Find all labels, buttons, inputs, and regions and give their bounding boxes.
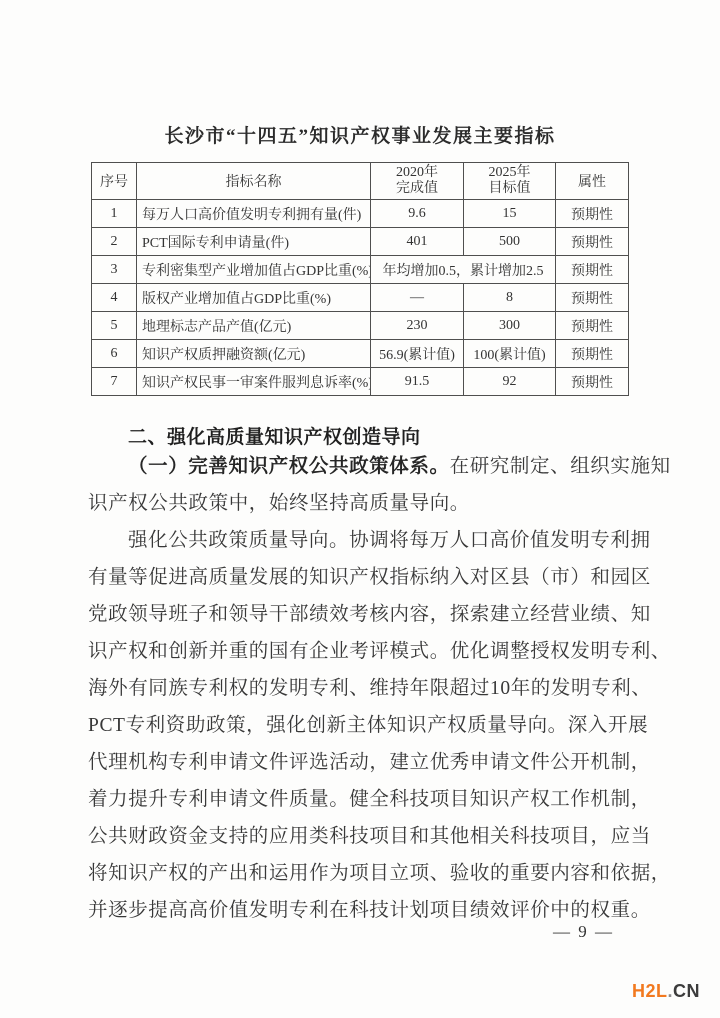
- cell-2025: 8: [464, 284, 556, 312]
- cell-no: 7: [92, 368, 137, 396]
- cell-2020: 9.6: [371, 200, 464, 228]
- header-2020: 2020年 完成值: [371, 163, 464, 200]
- cell-no: 6: [92, 340, 137, 368]
- cell-indicator: 知识产权民事一审案件服判息诉率(%): [137, 368, 371, 396]
- header-2025: 2025年 目标值: [464, 163, 556, 200]
- cell-indicator: 版权产业增加值占GDP比重(%): [137, 284, 371, 312]
- paragraph-line: 海外有同族专利权的发明专利、维持年限超过10年的发明专利、: [88, 670, 632, 707]
- cell-no: 3: [92, 256, 137, 284]
- cell-2020: 56.9(累计值): [371, 340, 464, 368]
- paragraph-line: 识产权和创新并重的国有企业考评模式。优化调整授权发明专利、: [88, 633, 632, 670]
- paragraph-line: 着力提升专利申请文件质量。健全科技项目知识产权工作机制，: [88, 781, 632, 818]
- paragraph-line: 将知识产权的产出和运用作为项目立项、验收的重要内容和依据，: [88, 855, 632, 892]
- header-attribute: 属性: [556, 163, 629, 200]
- paragraph-line: 有量等促进高质量发展的知识产权指标纳入对区县（市）和园区: [88, 559, 632, 596]
- cell-2020: 230: [371, 312, 464, 340]
- cell-no: 1: [92, 200, 137, 228]
- table-row: 3 专利密集型产业增加值占GDP比重(%) 年均增加0.5，累计增加2.5 预期…: [92, 256, 629, 284]
- header-2020-line2: 完成值: [373, 181, 461, 197]
- paragraph-line: 强化公共政策质量导向。协调将每万人口高价值发明专利拥: [88, 522, 632, 559]
- cell-indicator: 专利密集型产业增加值占GDP比重(%): [137, 256, 371, 284]
- cell-2025: 92: [464, 368, 556, 396]
- section-heading: 二、强化高质量知识产权创造导向: [128, 422, 421, 449]
- paragraph-line: 识产权公共政策中，始终坚持高质量导向。: [88, 485, 632, 522]
- watermark-logo: H2L.CN: [632, 981, 700, 1002]
- cell-indicator: 知识产权质押融资额(亿元): [137, 340, 371, 368]
- paragraph-line: （一）完善知识产权公共政策体系。在研究制定、组织实施知: [88, 448, 632, 485]
- document-page: 长沙市“十四五”知识产权事业发展主要指标 序号 指标名称 2020年 完成值 2…: [0, 0, 720, 1018]
- table-row: 5 地理标志产品产值(亿元) 230 300 预期性: [92, 312, 629, 340]
- cell-attribute: 预期性: [556, 312, 629, 340]
- cell-attribute: 预期性: [556, 284, 629, 312]
- document-title: 长沙市“十四五”知识产权事业发展主要指标: [0, 121, 720, 148]
- cell-2020: 91.5: [371, 368, 464, 396]
- table-header: 序号 指标名称 2020年 完成值 2025年 目标值 属性: [92, 163, 629, 200]
- watermark-suffix: CN: [673, 981, 700, 1001]
- cell-2020: 401: [371, 228, 464, 256]
- table-row: 4 版权产业增加值占GDP比重(%) — 8 预期性: [92, 284, 629, 312]
- table-row: 1 每万人口高价值发明专利拥有量(件) 9.6 15 预期性: [92, 200, 629, 228]
- header-2020-line1: 2020年: [373, 165, 461, 181]
- cell-indicator: 每万人口高价值发明专利拥有量(件): [137, 200, 371, 228]
- header-2025-line2: 目标值: [466, 181, 553, 197]
- page-number: — 9 —: [553, 922, 614, 942]
- header-indicator-name: 指标名称: [137, 163, 371, 200]
- table-row: 2 PCT国际专利申请量(件) 401 500 预期性: [92, 228, 629, 256]
- paragraph-line: PCT专利资助政策，强化创新主体知识产权质量导向。深入开展: [88, 707, 632, 744]
- cell-merged-target: 年均增加0.5，累计增加2.5: [371, 256, 556, 284]
- cell-no: 2: [92, 228, 137, 256]
- cell-attribute: 预期性: [556, 340, 629, 368]
- cell-attribute: 预期性: [556, 228, 629, 256]
- paragraph-line: 公共财政资金支持的应用类科技项目和其他相关科技项目，应当: [88, 818, 632, 855]
- paragraph-line: 并逐步提高高价值发明专利在科技计划项目绩效评价中的权重。: [88, 892, 632, 929]
- body-text: （一）完善知识产权公共政策体系。在研究制定、组织实施知 识产权公共政策中，始终坚…: [88, 448, 632, 929]
- table-header-row: 序号 指标名称 2020年 完成值 2025年 目标值 属性: [92, 163, 629, 200]
- cell-2025: 100(累计值): [464, 340, 556, 368]
- cell-indicator: PCT国际专利申请量(件): [137, 228, 371, 256]
- paragraph-lead-bold: （一）完善知识产权公共政策体系。: [128, 456, 450, 477]
- paragraph-text: 在研究制定、组织实施知: [450, 456, 671, 477]
- cell-attribute: 预期性: [556, 200, 629, 228]
- cell-2025: 500: [464, 228, 556, 256]
- cell-no: 4: [92, 284, 137, 312]
- cell-indicator: 地理标志产品产值(亿元): [137, 312, 371, 340]
- watermark-brand: H2L: [632, 981, 668, 1001]
- cell-attribute: 预期性: [556, 368, 629, 396]
- paragraph-line: 代理机构专利申请文件评选活动，建立优秀申请文件公开机制，: [88, 744, 632, 781]
- table-row: 7 知识产权民事一审案件服判息诉率(%) 91.5 92 预期性: [92, 368, 629, 396]
- header-2025-line1: 2025年: [466, 165, 553, 181]
- paragraph-line: 党政领导班子和领导干部绩效考核内容，探索建立经营业绩、知: [88, 596, 632, 633]
- cell-2025: 300: [464, 312, 556, 340]
- indicators-table: 序号 指标名称 2020年 完成值 2025年 目标值 属性 1 每万人口高价值…: [91, 162, 629, 396]
- table-row: 6 知识产权质押融资额(亿元) 56.9(累计值) 100(累计值) 预期性: [92, 340, 629, 368]
- cell-2025: 15: [464, 200, 556, 228]
- header-index: 序号: [92, 163, 137, 200]
- cell-no: 5: [92, 312, 137, 340]
- cell-attribute: 预期性: [556, 256, 629, 284]
- cell-2020: —: [371, 284, 464, 312]
